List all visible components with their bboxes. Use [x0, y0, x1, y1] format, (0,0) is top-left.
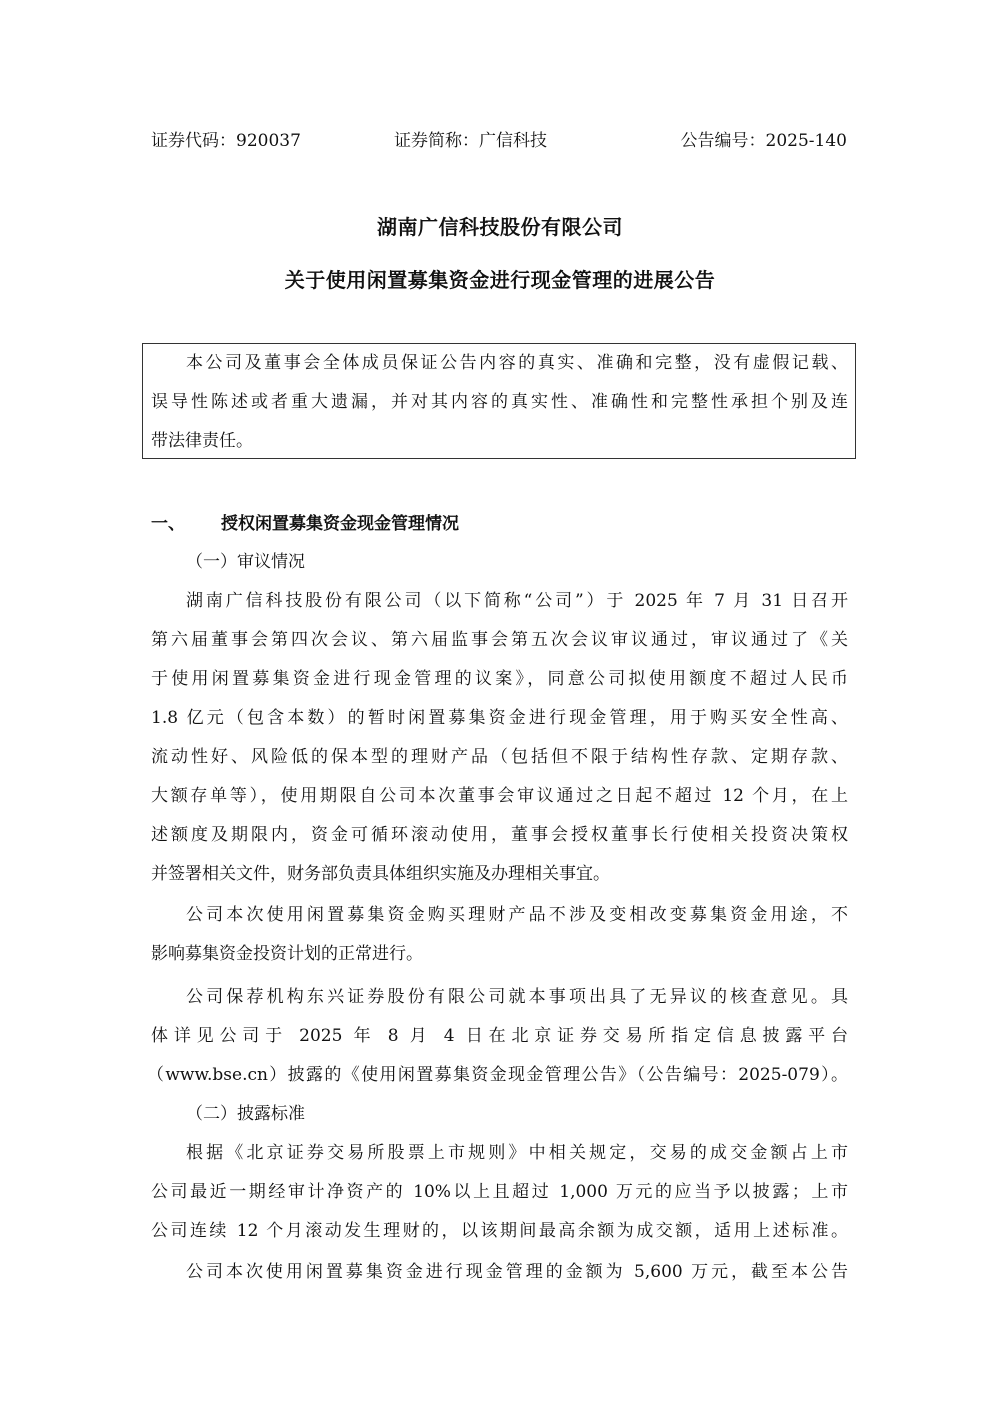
security-short-name: 证券简称：广信科技 — [394, 128, 547, 154]
paragraph-line: 大额存单等），使用期限自公司本次董事会审议通过之日起不超过 12 个月，在上 — [151, 784, 848, 808]
paragraph-line: 流动性好、风险低的保本型的理财产品（包括但不限于结构性存款、定期存款、 — [151, 745, 848, 769]
paragraph-line: 公司保荐机构东兴证券股份有限公司就本事项出具了无异议的核查意见。具 — [186, 985, 848, 1009]
subsection-heading: （二）披露标准 — [186, 1102, 305, 1126]
section-title: 授权闲置募集资金现金管理情况 — [221, 514, 459, 534]
company-title: 湖南广信科技股份有限公司 — [0, 213, 1000, 241]
paragraph-line: 第六届董事会第四次会议、第六届监事会第五次会议审议通过，审议通过了《关 — [151, 628, 848, 652]
paragraph-line: 于使用闲置募集资金进行现金管理的议案》，同意公司拟使用额度不超过人民币 — [151, 667, 848, 691]
announcement-subject: 关于使用闲置募集资金进行现金管理的进展公告 — [0, 266, 1000, 294]
paragraph-line: 影响募集资金投资计划的正常进行。 — [151, 942, 423, 966]
paragraph-line: 湖南广信科技股份有限公司（以下简称“公司”）于 2025 年 7 月 31 日召… — [186, 589, 848, 613]
paragraph-line: 体详见公司于 2025 年 8 月 4 日在北京证券交易所指定信息披露平台 — [151, 1024, 848, 1048]
paragraph-line: 公司本次使用闲置募集资金进行现金管理的金额为 5,600 万元，截至本公告 — [186, 1260, 848, 1284]
paragraph-line: 根据《北京证券交易所股票上市规则》中相关规定，交易的成交金额占上市 — [186, 1141, 848, 1165]
document-page: 证券代码：920037 证券简称：广信科技 公告编号：2025-140 湖南广信… — [0, 0, 1000, 1414]
notice-line: 误导性陈述或者重大遗漏，并对其内容的真实性、准确性和完整性承担个别及连 — [151, 390, 848, 414]
paragraph-line: 述额度及期限内，资金可循环滚动使用，董事会授权董事长行使相关投资决策权 — [151, 823, 848, 847]
security-code: 证券代码：920037 — [151, 128, 301, 154]
notice-line: 本公司及董事会全体成员保证公告内容的真实、准确和完整，没有虚假记载、 — [186, 351, 848, 375]
announcement-header: 证券代码：920037 证券简称：广信科技 公告编号：2025-140 — [151, 128, 847, 154]
section-number: 一、 — [151, 512, 221, 536]
announcement-number: 公告编号：2025-140 — [681, 128, 847, 154]
paragraph-line: （www.bse.cn）披露的《使用闲置募集资金现金管理公告》（公告编号：202… — [147, 1063, 848, 1087]
notice-line: 带法律责任。 — [151, 429, 253, 453]
paragraph-line: 并签署相关文件，财务部负责具体组织实施及办理相关事宜。 — [151, 862, 610, 886]
paragraph-line: 公司连续 12 个月滚动发生理财的，以该期间最高余额为成交额，适用上述标准。 — [151, 1219, 848, 1243]
paragraph-line: 公司本次使用闲置募集资金购买理财产品不涉及变相改变募集资金用途，不 — [186, 903, 848, 927]
paragraph-line: 公司最近一期经审计净资产的 10%以上且超过 1,000 万元的应当予以披露；上… — [151, 1180, 848, 1204]
subsection-heading: （一）审议情况 — [186, 550, 305, 574]
paragraph-line: 1.8 亿元（包含本数）的暂时闲置募集资金进行现金管理，用于购买安全性高、 — [151, 706, 848, 730]
section-heading: 一、授权闲置募集资金现金管理情况 — [151, 512, 459, 536]
